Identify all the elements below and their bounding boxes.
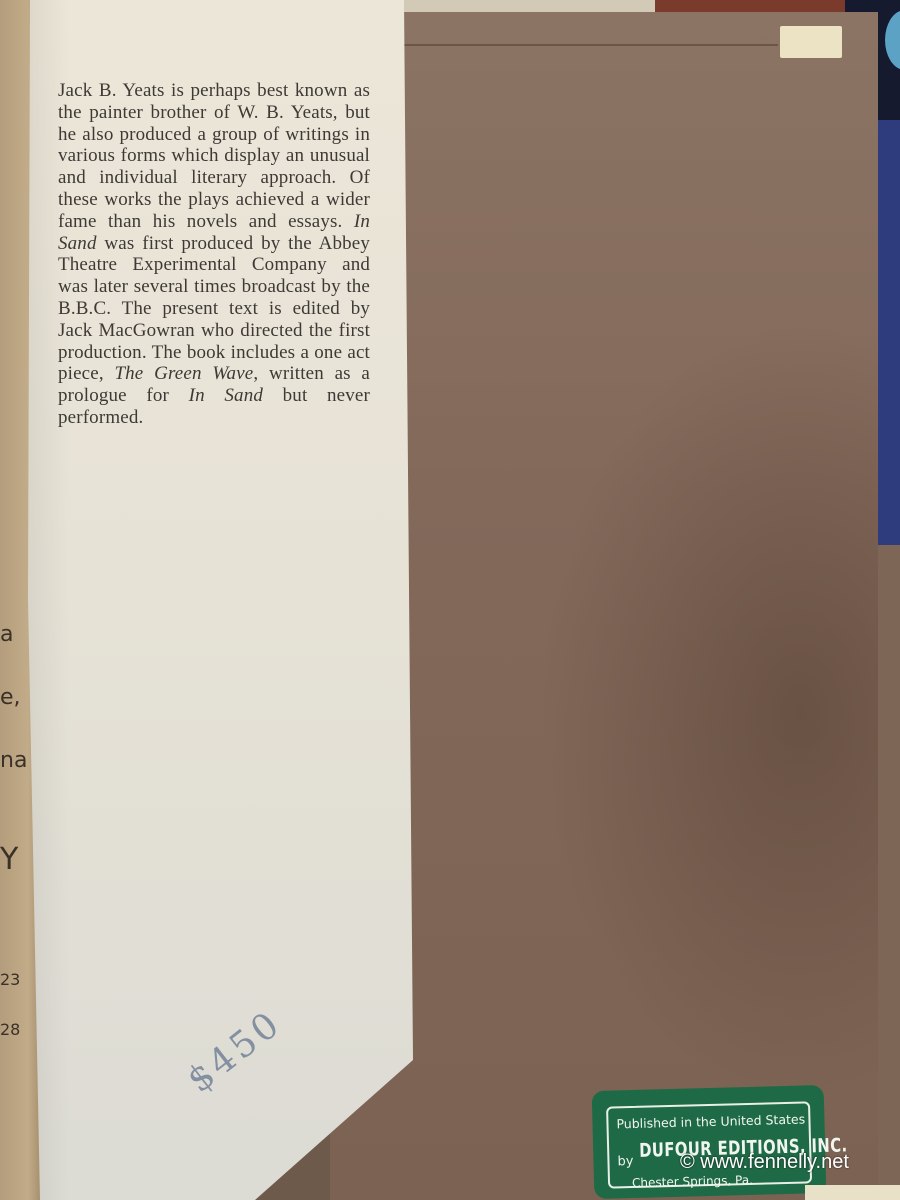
photo-scene: a e, na Y 23 28 Jack B. Yeats is perhaps… <box>0 0 900 1200</box>
publisher-label-border: Published in the United States by DUFOUR… <box>606 1101 812 1188</box>
blurb-text-segment: was first produced by the Abbey Theatre … <box>58 233 370 385</box>
blurb-text-segment: Jack B. Yeats is perhaps best known as t… <box>58 80 370 232</box>
background-text-fragment: 23 <box>0 970 40 989</box>
publisher-label: Published in the United States by DUFOUR… <box>592 1085 827 1199</box>
copyright-watermark: © www.fennelly.net <box>680 1151 849 1174</box>
label-location: Chester Springs, Pa. <box>632 1173 753 1190</box>
label-by: by <box>617 1154 633 1169</box>
blurb-italic-title: The Green Wave <box>114 363 253 384</box>
background-text-fragment: 28 <box>0 1020 40 1039</box>
label-published-line: Published in the United States <box>616 1111 805 1131</box>
tape-strip <box>780 26 842 58</box>
blurb-paragraph: Jack B. Yeats is perhaps best known as t… <box>58 80 370 429</box>
blurb-italic-title: In Sand <box>189 385 263 406</box>
flap-blurb-text: Jack B. Yeats is perhaps best known as t… <box>58 80 370 429</box>
background-paper-corner <box>805 1185 900 1200</box>
